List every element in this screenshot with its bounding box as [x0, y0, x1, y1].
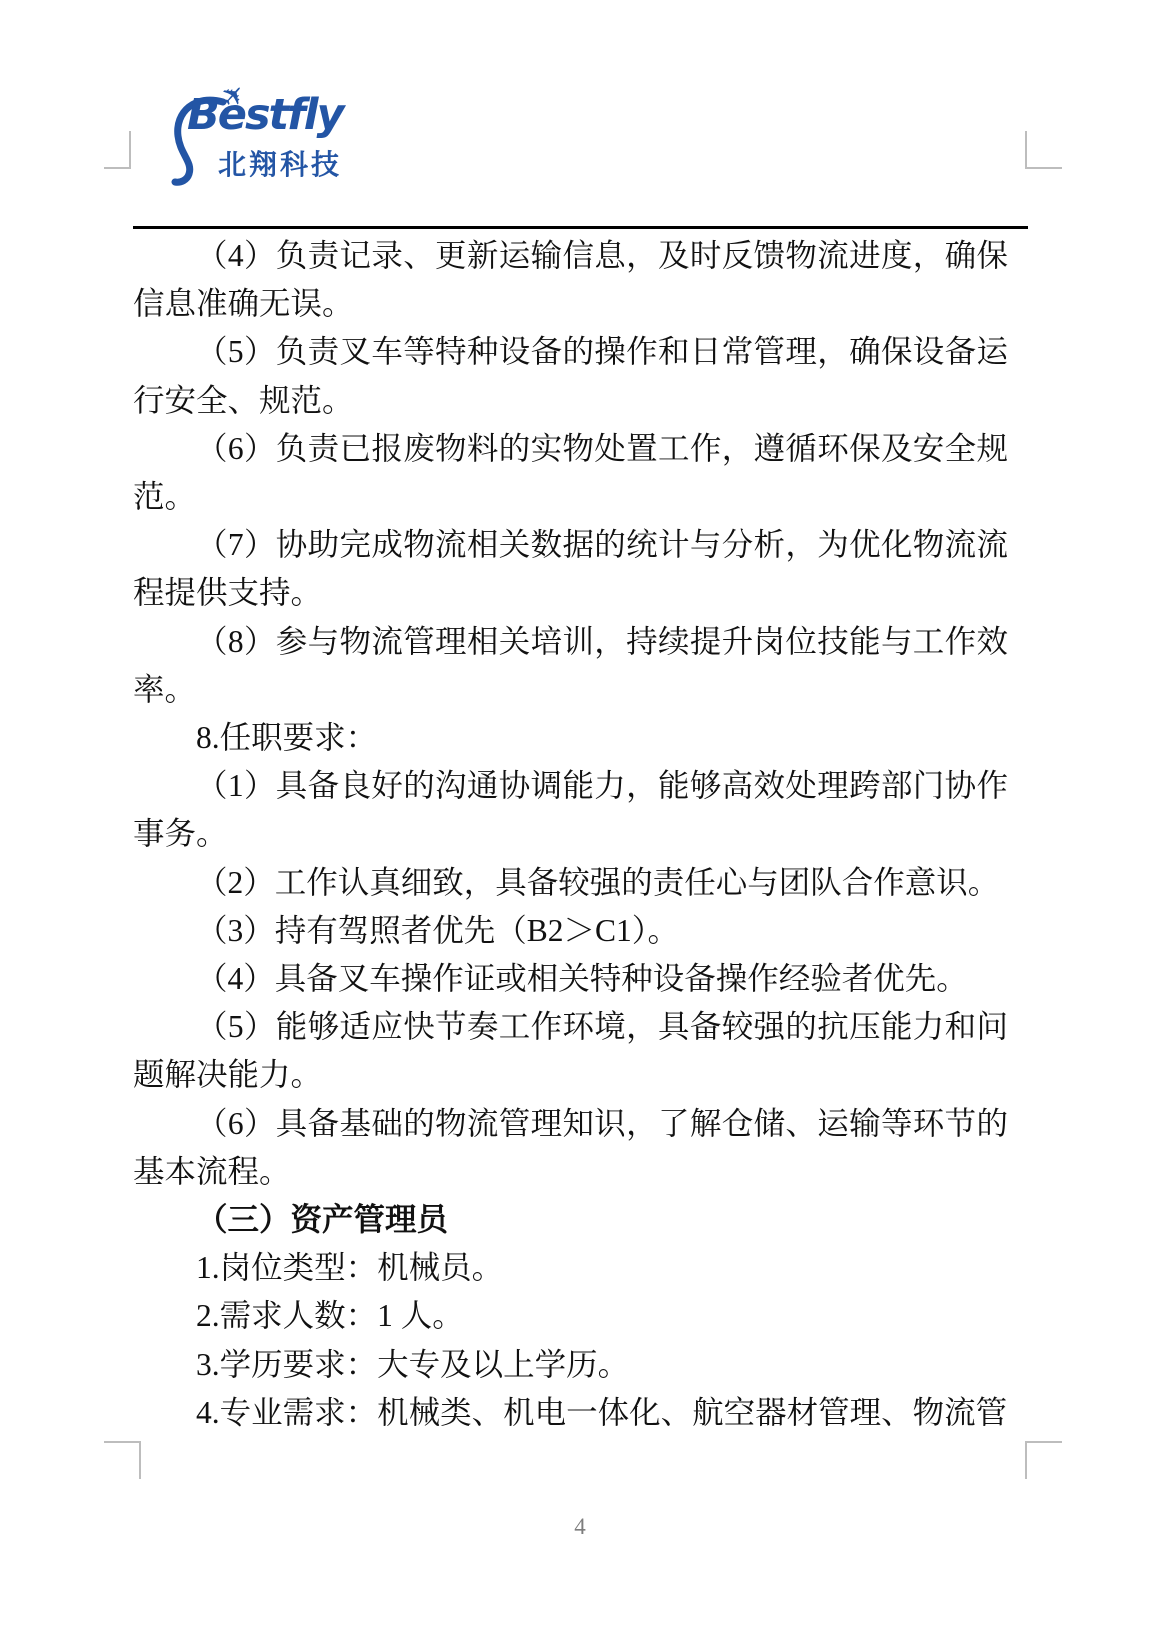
brand-wordmark: Bestfly [187, 94, 343, 137]
paragraph: 1.岗位类型：机械员。 [133, 1244, 1008, 1292]
crop-mark-bottom-left [104, 1441, 141, 1479]
paragraph: （8）参与物流管理相关培训，持续提升岗位技能与工作效率。 [133, 618, 1008, 714]
paragraph: 2.需求人数：1 人。 [133, 1292, 1008, 1340]
paragraph: （4）负责记录、更新运输信息，及时反馈物流进度，确保信息准确无误。 [133, 232, 1008, 328]
paragraph: （6）负责已报废物料的实物处置工作，遵循环保及安全规范。 [133, 425, 1008, 521]
paragraph: 4.专业需求：机械类、机电一体化、航空器材管理、物流管 [133, 1389, 1008, 1437]
paragraph: 8.任职要求： [133, 714, 1008, 762]
paragraph: （2）工作认真细致，具备较强的责任心与团队合作意识。 [133, 859, 1008, 907]
paragraph: 3.学历要求：大专及以上学历。 [133, 1341, 1008, 1389]
crop-mark-bottom-right [1025, 1441, 1062, 1479]
document-body: （4）负责记录、更新运输信息，及时反馈物流进度，确保信息准确无误。 （5）负责叉… [133, 232, 1008, 1437]
brand-chinese-name: 北翔科技 [218, 151, 342, 179]
paragraph: （7）协助完成物流相关数据的统计与分析，为优化物流流程提供支持。 [133, 521, 1008, 617]
paragraph: （3）持有驾照者优先（B2＞C1）。 [133, 907, 1008, 955]
paragraph: （三）资产管理员 [133, 1196, 1008, 1244]
company-logo: ✈ Bestfly 北翔科技 [181, 90, 381, 190]
paragraph: （4）具备叉车操作证或相关特种设备操作经验者优先。 [133, 955, 1008, 1003]
paragraph: （6）具备基础的物流管理知识，了解仓储、运输等环节的基本流程。 [133, 1100, 1008, 1196]
paragraph: （5）负责叉车等特种设备的操作和日常管理，确保设备运行安全、规范。 [133, 328, 1008, 424]
page-number: 4 [0, 1514, 1160, 1540]
header-divider [133, 226, 1028, 229]
document-page: ✈ Bestfly 北翔科技 （4）负责记录、更新运输信息，及时反馈物流进度，确… [0, 0, 1160, 1628]
paragraph: （1）具备良好的沟通协调能力，能够高效处理跨部门协作事务。 [133, 762, 1008, 858]
crop-mark-top-right [1025, 131, 1062, 169]
paragraph: （5）能够适应快节奏工作环境，具备较强的抗压能力和问题解决能力。 [133, 1003, 1008, 1099]
crop-mark-top-left [104, 131, 131, 169]
